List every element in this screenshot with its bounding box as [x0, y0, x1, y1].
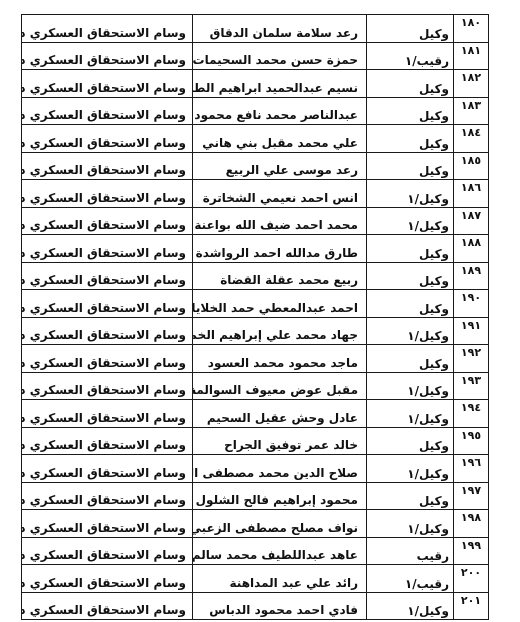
row-name: جهاد محمد علي إبراهيم الخمايسة [193, 317, 367, 345]
table-row: ١٨٠ وكيل رعد سلامة سلمان الدقاق وسام الا… [22, 15, 489, 43]
row-rank: وكيل/١ [367, 180, 454, 208]
row-medal: وسام الاستحقاق العسكري درجه ٥ [22, 317, 193, 345]
row-medal: وسام الاستحقاق العسكري درجه ٥ [22, 152, 193, 180]
row-name: عاهد عبداللطيف محمد سالم [193, 537, 367, 565]
row-rank: وكيل [367, 235, 454, 263]
table-row: ١٩٠ وكيل احمد عبدالمعطي حمد الخلايلة وسا… [22, 290, 489, 318]
row-rank: رقيب [367, 537, 454, 565]
row-number: ١٩٢ [454, 345, 489, 373]
table-row: ١٩٨ وكيل/١ نواف مصلح مصطفى الزعبي وسام ا… [22, 510, 489, 538]
table-row: ٢٠٠ رقيب/١ رائد علي عبد المداهنة وسام ال… [22, 565, 489, 593]
row-number: ١٩٣ [454, 372, 489, 400]
table-row: ١٨٣ وكيل عبدالناصر محمد نافع محمود وسام … [22, 97, 489, 125]
row-rank: رقيب/١ [367, 565, 454, 593]
row-medal: وسام الاستحقاق العسكري درجه ٥ [22, 180, 193, 208]
row-number: ١٩٦ [454, 455, 489, 483]
table-row: ٢٠١ وكيل/١ فادي احمد محمود الدباس وسام ا… [22, 592, 489, 620]
row-name: علي محمد مقبل بني هاني [193, 125, 367, 153]
table-row: ١٨٧ وكيل/١ محمد احمد ضيف الله بواعنة وسا… [22, 207, 489, 235]
row-rank: وكيل [367, 97, 454, 125]
table-row: ١٩٦ وكيل/١ صلاح الدين محمد مصطفى العبابن… [22, 455, 489, 483]
table-row: ١٩٢ وكيل ماجد محمود محمد العسود وسام الا… [22, 345, 489, 373]
row-medal: وسام الاستحقاق العسكري درجه ٥ [22, 290, 193, 318]
row-rank: وكيل [367, 70, 454, 98]
row-medal: وسام الاستحقاق العسكري درجه ٥ [22, 427, 193, 455]
honors-table-body: ١٨٠ وكيل رعد سلامة سلمان الدقاق وسام الا… [22, 15, 489, 620]
row-medal: وسام الاستحقاق العسكري درجه ٥ [22, 372, 193, 400]
row-rank: وكيل [367, 15, 454, 43]
row-medal: وسام الاستحقاق العسكري درجه ٥ [22, 125, 193, 153]
row-medal: وسام الاستحقاق العسكري درجه ٥ [22, 400, 193, 428]
row-number: ١٨٣ [454, 97, 489, 125]
row-number: ١٨٢ [454, 70, 489, 98]
row-name: فادي احمد محمود الدباس [193, 592, 367, 620]
table-row: ١٨٩ وكيل ربيع محمد عقلة القضاة وسام الاس… [22, 262, 489, 290]
row-number: ١٩٠ [454, 290, 489, 318]
row-rank: وكيل/١ [367, 455, 454, 483]
row-medal: وسام الاستحقاق العسكري درجه ٥ [22, 70, 193, 98]
row-medal: وسام الاستحقاق العسكري درجه ٥ [22, 537, 193, 565]
row-name: عادل وحش عقيل السحيم [193, 400, 367, 428]
row-medal: وسام الاستحقاق العسكري درجه ٥ [22, 565, 193, 593]
row-medal: وسام الاستحقاق العسكري درجه ٥ [22, 345, 193, 373]
row-number: ١٨٨ [454, 235, 489, 263]
row-name: مقبل عوض معيوف السوالمة [193, 372, 367, 400]
row-rank: رقيب/١ [367, 42, 454, 70]
row-rank: وكيل [367, 345, 454, 373]
row-rank: وكيل/١ [367, 207, 454, 235]
table-row: ١٩٥ وكيل خالد عمر توفيق الجراح وسام الاس… [22, 427, 489, 455]
row-name: رعد موسى علي الربيع [193, 152, 367, 180]
row-number: ١٨٠ [454, 15, 489, 43]
row-rank: وكيل/١ [367, 317, 454, 345]
row-number: ١٨٤ [454, 125, 489, 153]
row-rank: وكيل/١ [367, 400, 454, 428]
row-rank: وكيل [367, 152, 454, 180]
row-number: ١٨٦ [454, 180, 489, 208]
honors-table: ١٨٠ وكيل رعد سلامة سلمان الدقاق وسام الا… [21, 14, 489, 620]
row-medal: وسام الاستحقاق العسكري درجه ٥ [22, 510, 193, 538]
row-number: ١٨١ [454, 42, 489, 70]
row-number: ١٨٩ [454, 262, 489, 290]
row-name: صلاح الدين محمد مصطفى العبابنة [193, 455, 367, 483]
row-rank: وكيل [367, 290, 454, 318]
row-medal: وسام الاستحقاق العسكري درجه ٥ [22, 42, 193, 70]
row-rank: وكيل/١ [367, 510, 454, 538]
row-number: ١٩٥ [454, 427, 489, 455]
row-name: محمد احمد ضيف الله بواعنة [193, 207, 367, 235]
table-row: ١٨٥ وكيل رعد موسى علي الربيع وسام الاستح… [22, 152, 489, 180]
row-rank: وكيل [367, 262, 454, 290]
row-medal: وسام الاستحقاق العسكري درجه ٥ [22, 455, 193, 483]
row-name: نواف مصلح مصطفى الزعبي [193, 510, 367, 538]
row-name: انس احمد نعيمي الشخاترة [193, 180, 367, 208]
row-rank: وكيل [367, 482, 454, 510]
row-name: احمد عبدالمعطي حمد الخلايلة [193, 290, 367, 318]
row-rank: وكيل [367, 427, 454, 455]
row-number: ٢٠١ [454, 592, 489, 620]
row-name: رائد علي عبد المداهنة [193, 565, 367, 593]
table-row: ١٩٤ وكيل/١ عادل وحش عقيل السحيم وسام الا… [22, 400, 489, 428]
row-name: ماجد محمود محمد العسود [193, 345, 367, 373]
table-row: ١٨٤ وكيل علي محمد مقبل بني هاني وسام الا… [22, 125, 489, 153]
row-rank: وكيل [367, 125, 454, 153]
table-row: ١٨٨ وكيل طارق مدالله احمد الرواشدة وسام … [22, 235, 489, 263]
row-rank: وكيل/١ [367, 372, 454, 400]
document-page: ١٨٠ وكيل رعد سلامة سلمان الدقاق وسام الا… [0, 0, 520, 622]
row-medal: وسام الاستحقاق العسكري درجه ٥ [22, 262, 193, 290]
table-row: ١٨٦ وكيل/١ انس احمد نعيمي الشخاترة وسام … [22, 180, 489, 208]
row-name: ربيع محمد عقلة القضاة [193, 262, 367, 290]
row-name: حمزة حسن محمد السحيمات [193, 42, 367, 70]
table-row: ١٩٩ رقيب عاهد عبداللطيف محمد سالم وسام ا… [22, 537, 489, 565]
row-name: رعد سلامة سلمان الدقاق [193, 15, 367, 43]
row-number: ١٩١ [454, 317, 489, 345]
table-row: ١٩٣ وكيل/١ مقبل عوض معيوف السوالمة وسام … [22, 372, 489, 400]
row-number: ١٩٩ [454, 537, 489, 565]
row-number: ١٩٧ [454, 482, 489, 510]
row-name: طارق مدالله احمد الرواشدة [193, 235, 367, 263]
table-row: ١٩٧ وكيل محمود إبراهيم فالح الشلول وسام … [22, 482, 489, 510]
table-row: ١٨٢ وكيل نسيم عبدالحميد ابراهيم الطبور و… [22, 70, 489, 98]
table-row: ١٨١ رقيب/١ حمزة حسن محمد السحيمات وسام ا… [22, 42, 489, 70]
row-number: ١٨٥ [454, 152, 489, 180]
row-medal: وسام الاستحقاق العسكري درجه ٥ [22, 592, 193, 620]
row-medal: وسام الاستحقاق العسكري درجه ٥ [22, 15, 193, 43]
row-medal: وسام الاستحقاق العسكري درجه ٥ [22, 97, 193, 125]
row-number: ١٩٤ [454, 400, 489, 428]
row-name: عبدالناصر محمد نافع محمود [193, 97, 367, 125]
row-number: ١٩٨ [454, 510, 489, 538]
row-medal: وسام الاستحقاق العسكري درجه ٥ [22, 207, 193, 235]
table-row: ١٩١ وكيل/١ جهاد محمد علي إبراهيم الخمايس… [22, 317, 489, 345]
row-medal: وسام الاستحقاق العسكري درجه ٥ [22, 235, 193, 263]
row-name: نسيم عبدالحميد ابراهيم الطبور [193, 70, 367, 98]
row-rank: وكيل/١ [367, 592, 454, 620]
row-number: ١٨٧ [454, 207, 489, 235]
row-name: محمود إبراهيم فالح الشلول [193, 482, 367, 510]
row-name: خالد عمر توفيق الجراح [193, 427, 367, 455]
row-number: ٢٠٠ [454, 565, 489, 593]
row-medal: وسام الاستحقاق العسكري درجه ٥ [22, 482, 193, 510]
